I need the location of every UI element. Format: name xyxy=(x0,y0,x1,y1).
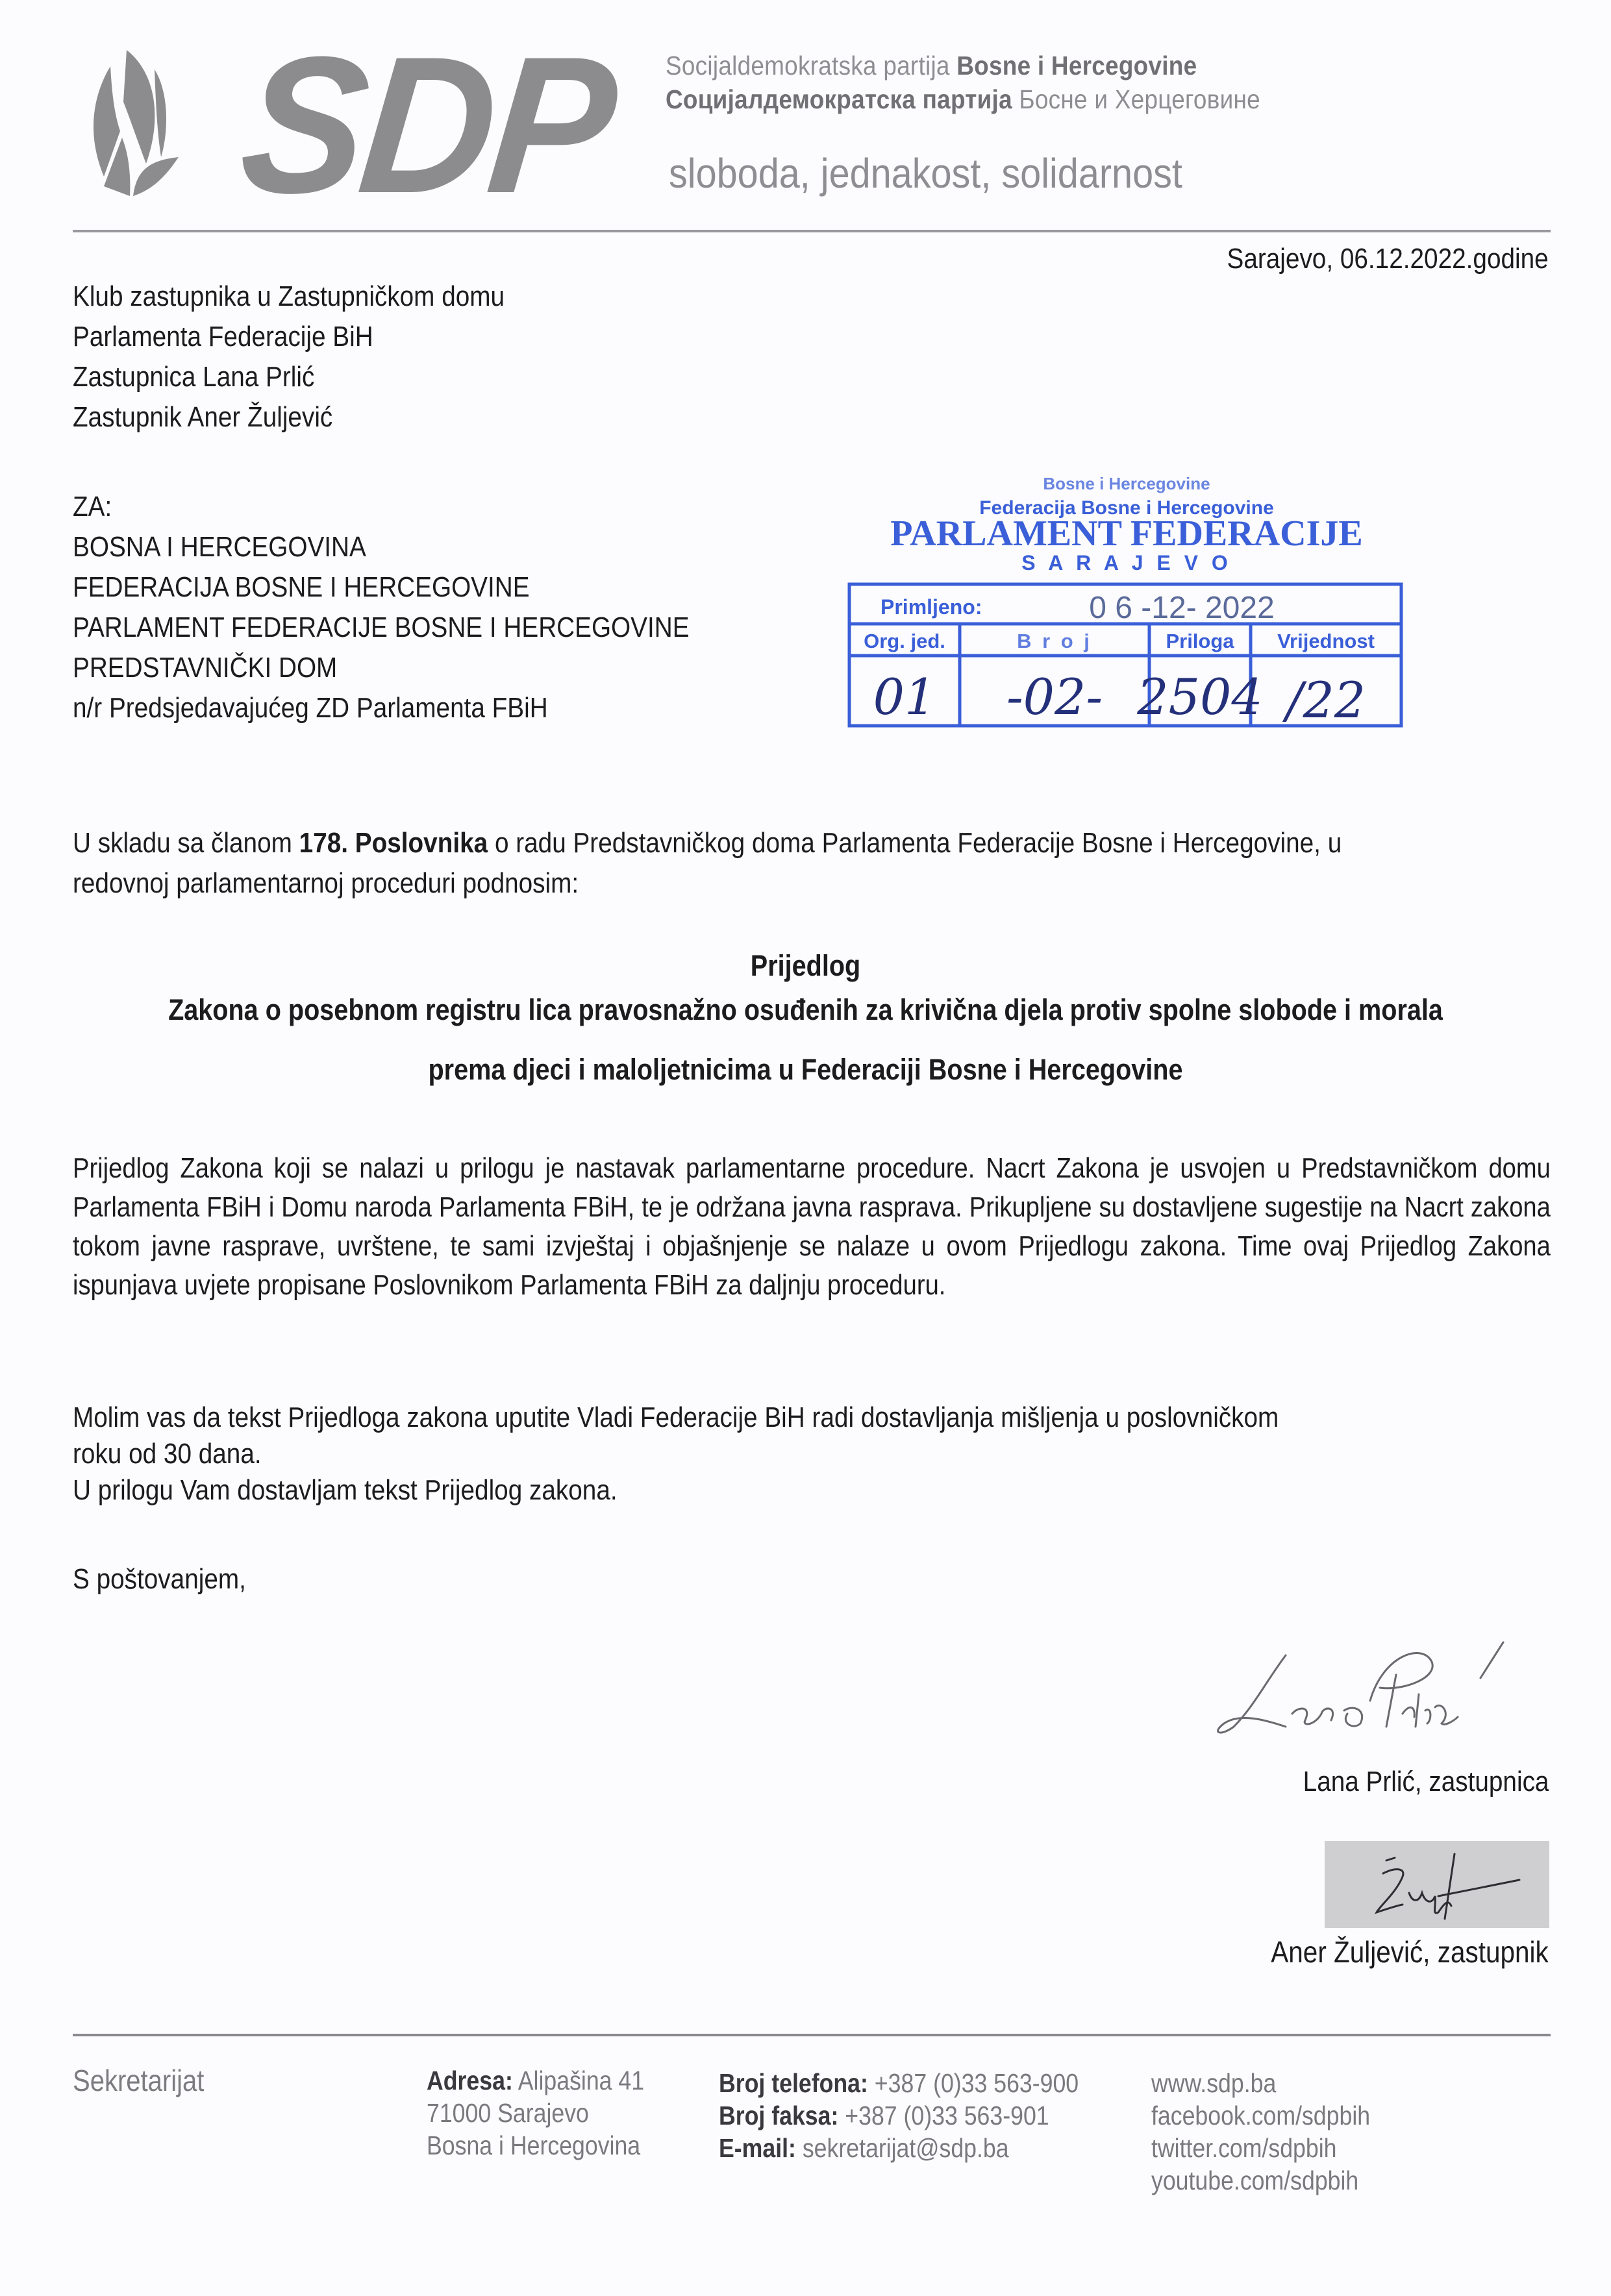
letter-date: Sarajevo, 06.12.2022.godine xyxy=(1227,239,1549,279)
footer-divider xyxy=(73,2034,1551,2036)
address-country: Bosna i Hercegovina xyxy=(427,2129,644,2162)
stamp-value-year: /22 xyxy=(1282,671,1366,729)
stamp-received-label: Primljeno: xyxy=(880,595,982,619)
recipient-line: BOSNA I HERCEGOVINA xyxy=(73,527,690,567)
sender-line: Zastupnik Aner Žuljević xyxy=(73,397,505,438)
stamp-col-value: Vrijednost xyxy=(1277,630,1375,652)
body-paragraph: Prijedlog Zakona koji se nalazi u prilog… xyxy=(73,1149,1551,1305)
recipient-line: PARLAMENT FEDERACIJE BOSNE I HERCEGOVINE xyxy=(73,608,690,648)
logo-wordmark: SDP xyxy=(234,27,619,222)
intro-text: U skladu sa članom xyxy=(73,827,299,859)
footer-contact: Broj telefona: +387 (0)33 563-900 Broj f… xyxy=(719,2067,1079,2164)
request-line: U prilogu Vam dostavljam tekst Prijedlog… xyxy=(73,1472,1279,1509)
footer-address: Adresa: Alipašina 41 71000 Sarajevo Bosn… xyxy=(427,2064,644,2162)
recipient-block: ZA: BOSNA I HERCEGOVINA FEDERACIJA BOSNE… xyxy=(73,487,773,728)
recipient-line: ZA: xyxy=(73,487,690,527)
intro-paragraph: U skladu sa članom 178. Poslovnika o rad… xyxy=(73,823,1611,904)
party-name-latin: Socijaldemokratska partija Bosne i Herce… xyxy=(666,51,1197,81)
sender-line: Zastupnica Lana Prlić xyxy=(73,357,505,397)
stamp-value-number: -02- xyxy=(1006,668,1103,726)
party-motto: sloboda, jednakost, solidarnost xyxy=(669,149,1182,197)
stamp-country: Bosne i Hercegovine xyxy=(1043,474,1210,493)
recipient-line: PREDSTAVNIČKI DOM xyxy=(73,648,690,688)
proposal-title-line: prema djeci i maloljetnicima u Federacij… xyxy=(97,1053,1514,1087)
youtube-link[interactable]: youtube.com/sdpbih xyxy=(1151,2164,1370,2197)
stamp-col-attachments: Priloga xyxy=(1166,630,1234,652)
fax-label: Broj faksa: xyxy=(719,2101,838,2130)
request-line: roku od 30 dana. xyxy=(73,1436,1279,1472)
address-street: Alipašina 41 xyxy=(513,2066,644,2095)
stamp-parliament: PARLAMENT FEDERACIJE xyxy=(890,513,1363,554)
fax-line: Broj faksa: +387 (0)33 563-901 xyxy=(719,2099,1079,2132)
signatory-name: Aner Žuljević, zastupnik xyxy=(1271,1932,1549,1972)
request-line: Molim vas da tekst Prijedloga zakona upu… xyxy=(73,1400,1279,1436)
stamp-city: S A R A J E V O xyxy=(1021,551,1232,574)
twitter-link[interactable]: twitter.com/sdpbih xyxy=(1151,2132,1370,2164)
fax-number: +387 (0)33 563-901 xyxy=(838,2101,1049,2130)
closing-salutation: S poštovanjem, xyxy=(73,1559,246,1599)
intro-text: o radu Predstavničkog doma Parlamenta Fe… xyxy=(488,827,1342,859)
intro-line-2: redovnoj parlamentarnoj proceduri podnos… xyxy=(73,863,1437,904)
proposal-title-line: Zakona o posebnom registru lica pravosna… xyxy=(97,993,1514,1027)
address-line: Adresa: Alipašina 41 xyxy=(427,2064,644,2097)
sender-block: Klub zastupnika u Zastupničkom domu Parl… xyxy=(73,277,564,438)
signature-aner-zuljevic-icon xyxy=(1325,1841,1549,1928)
intro-line-1: U skladu sa članom 178. Poslovnika o rad… xyxy=(73,823,1437,863)
phone-label: Broj telefona: xyxy=(719,2068,868,2098)
stamp-col-org: Org. jed. xyxy=(864,630,945,652)
phone-line: Broj telefona: +387 (0)33 563-900 xyxy=(719,2067,1079,2099)
sender-line: Parlamenta Federacije BiH xyxy=(73,317,505,357)
sender-line: Klub zastupnika u Zastupničkom domu xyxy=(73,277,505,317)
party-name-latin-regular: Socijaldemokratska partija xyxy=(666,51,956,80)
party-name-latin-bold: Bosne i Hercegovine xyxy=(956,51,1197,80)
intro-article-ref: 178. Poslovnika xyxy=(299,827,488,859)
signature-lana-prlic-icon xyxy=(1208,1629,1532,1746)
facebook-link[interactable]: facebook.com/sdpbih xyxy=(1151,2099,1370,2132)
proposal-title-label: Prijedlog xyxy=(97,949,1514,983)
header-divider xyxy=(73,230,1551,232)
address-label: Adresa: xyxy=(427,2066,513,2095)
signatory-name: Lana Prlić, zastupnica xyxy=(1303,1762,1549,1802)
email-line: E-mail: sekretarijat@sdp.ba xyxy=(719,2132,1079,2164)
recipient-line: n/r Predsjedavajućeg ZD Parlamenta FBiH xyxy=(73,688,690,728)
footer-department: Sekretarijat xyxy=(73,2064,204,2097)
footer-web-links: www.sdp.ba facebook.com/sdpbih twitter.c… xyxy=(1151,2067,1370,2197)
request-paragraph: Molim vas da tekst Prijedloga zakona upu… xyxy=(73,1400,1279,1509)
phone-number[interactable]: +387 (0)33 563-900 xyxy=(868,2068,1079,2098)
party-name-cyrillic-regular: Босне и Херцеговине xyxy=(1019,84,1260,114)
reception-stamp: Bosne i Hercegovine Federacija Bosne i H… xyxy=(844,474,1409,740)
address-city: 71000 Sarajevo xyxy=(427,2097,644,2129)
email-link[interactable]: sekretarijat@sdp.ba xyxy=(796,2133,1009,2163)
party-name-cyrillic: Социјалдемократска партија Босне и Херце… xyxy=(666,84,1260,115)
party-name-cyrillic-bold: Социјалдемократска партија xyxy=(666,84,1019,114)
email-label: E-mail: xyxy=(719,2133,796,2163)
stamp-col-number: B r o j xyxy=(1017,630,1092,652)
stamp-value-attachments: 2504 xyxy=(1136,668,1262,726)
stamp-value-org: 01 xyxy=(873,668,936,726)
website-link[interactable]: www.sdp.ba xyxy=(1151,2067,1370,2099)
stamp-received-date: 0 6 -12- 2022 xyxy=(1089,591,1275,625)
recipient-line: FEDERACIJA BOSNE I HERCEGOVINE xyxy=(73,567,690,608)
